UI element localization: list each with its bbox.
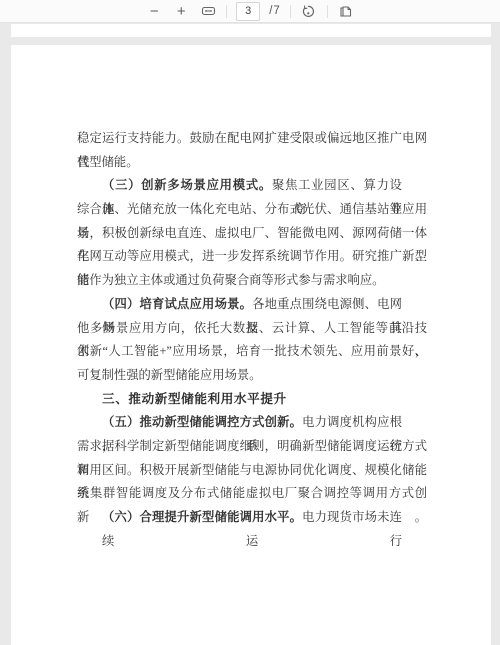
section-heading: 三、推动新型储能利用水平提升 — [77, 388, 402, 412]
text-line: 稳定运行支持能力。鼓励在配电网扩建受限或偏远地区推广电网替 — [77, 127, 427, 151]
paragraph-text: 能作为独立主体或通过负荷聚合商等形式参与需求响应。 — [77, 273, 384, 287]
paragraph-text: 可复制性强的新型储能应用场景。 — [77, 368, 261, 382]
paragraph-lead-text: 三、推动新型储能利用水平提升 — [102, 392, 287, 406]
page-3: 稳定运行支持能力。鼓励在配电网扩建受限或偏远地区推广电网替代型储能。（三）创新多… — [11, 45, 491, 534]
text-line: （六）合理提升新型储能调用水平。电力现货市场未连续运行 — [77, 506, 402, 530]
text-line: （三）创新多场景应用模式。聚焦工业园区、算力设施、商业 — [77, 174, 402, 198]
paragraph-text: 代型储能。 — [77, 155, 139, 169]
toolbar-separator — [226, 5, 227, 18]
page-2-bottom-edge — [11, 24, 491, 37]
text-line: 统集群智能调度及分布式储能虚拟电厂聚合调控等调用方式创新。 — [77, 482, 427, 506]
document-viewport[interactable]: 稳定运行支持能力。鼓励在配电网扩建受限或偏远地区推广电网替代型储能。（三）创新多… — [0, 24, 500, 534]
text-line: 他多场景应用方向，依托大数据、云计算、人工智能等前沿技术， — [77, 317, 427, 341]
zoom-in-button[interactable]: + — [172, 2, 190, 20]
fit-width-icon — [201, 4, 216, 18]
page-total-label: /7 — [269, 5, 281, 17]
text-line: 调用区间。积极开展新型储能与电源协同优化调度、规模化储能系 — [77, 459, 427, 483]
page-view-icon — [338, 4, 354, 19]
paragraph-text: 创新“人工智能+”应用场景，培育一批技术领先、应用前景好、 — [77, 344, 427, 358]
toolbar-separator — [327, 5, 328, 18]
zoom-out-button[interactable]: − — [145, 2, 163, 20]
toolbar-separator — [290, 5, 291, 18]
paragraph-lead-text: （四）培育试点应用场景。 — [102, 297, 252, 311]
page-number-input[interactable] — [236, 2, 260, 21]
plus-icon: + — [177, 4, 186, 19]
text-line: 可复制性强的新型储能应用场景。 — [77, 364, 427, 388]
paragraph-lead-text: （五）推动新型储能调控方式创新。 — [102, 415, 302, 429]
text-line: 需求，科学制定新型储能调度细则，明确新型储能调度运行方式和 — [77, 435, 427, 459]
text-line: 综合体、光储充放一体化充电站、分布式光伏、通信基站等应用场 — [77, 198, 427, 222]
toolbar-controls: − + /7 — [145, 2, 355, 21]
minus-icon: − — [150, 4, 159, 19]
text-line: （四）培育试点应用场景。各地重点围绕电源侧、电网侧及其 — [77, 293, 402, 317]
pdf-toolbar: − + /7 — [0, 0, 500, 23]
text-line: 景，积极创新绿电直连、虚拟电厂、智能微电网、源网荷储一体化、 — [77, 222, 427, 246]
text-line: 车网互动等应用模式，进一步发挥系统调节作用。研究推广新型储 — [77, 245, 427, 269]
paragraph-lead-text: （三）创新多场景应用模式。 — [102, 178, 272, 192]
document-lines: 稳定运行支持能力。鼓励在配电网扩建受限或偏远地区推广电网替代型储能。（三）创新多… — [77, 127, 427, 530]
fit-width-button[interactable] — [199, 2, 217, 20]
text-line: 能作为独立主体或通过负荷聚合商等形式参与需求响应。 — [77, 269, 427, 293]
paragraph-lead-text: （六）合理提升新型储能调用水平。 — [102, 510, 302, 524]
text-line: 创新“人工智能+”应用场景，培育一批技术领先、应用前景好、 — [77, 340, 427, 364]
text-line: 代型储能。 — [77, 151, 427, 175]
text-line: （五）推动新型储能调控方式创新。电力调度机构应根据系统 — [77, 411, 402, 435]
rotate-button[interactable] — [300, 2, 318, 20]
page-view-button[interactable] — [337, 2, 355, 20]
rotate-icon — [301, 4, 316, 19]
